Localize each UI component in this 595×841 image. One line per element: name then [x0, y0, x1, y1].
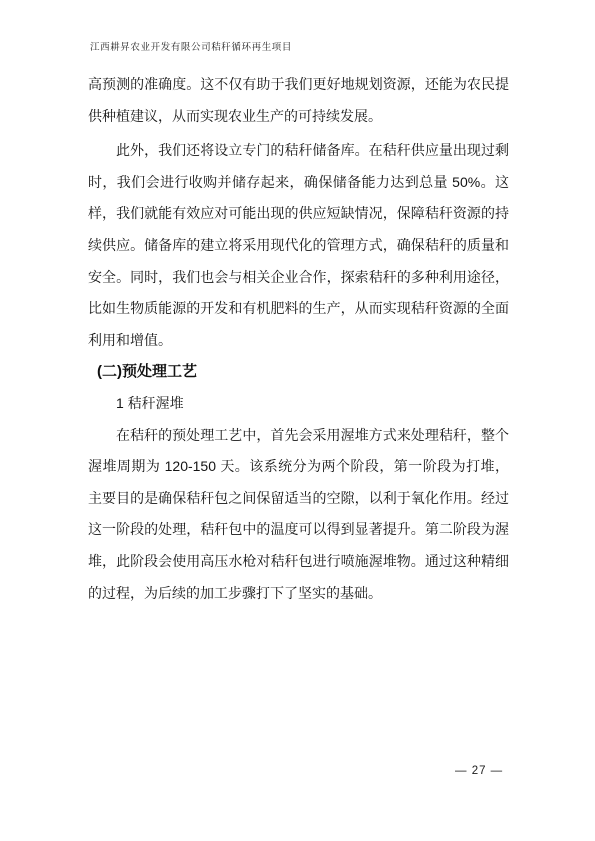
section-heading-pretreatment: (二)预处理工艺 — [88, 356, 509, 388]
paragraph-composting-process: 在秸秆的预处理工艺中，首先会采用渥堆方式来处理秸秆，整个渥堆周期为 120-15… — [88, 420, 509, 610]
page-number: — 27 — — [455, 765, 503, 777]
sub-heading-straw-composting: 1 秸秆渥堆 — [88, 388, 509, 420]
document-page: 江西耕昇农业开发有限公司秸秆循环再生项目 高预测的准确度。这不仅有助于我们更好地… — [0, 0, 595, 841]
page-footer: — 27 — — [455, 765, 503, 777]
paragraph-straw-reserve: 此外，我们还将设立专门的秸秆储备库。在秸秆供应量出现过剩时，我们会进行收购并储存… — [88, 135, 509, 356]
document-body: 高预测的准确度。这不仅有助于我们更好地规划资源，还能为农民提供种植建议，从而实现… — [88, 69, 509, 609]
paragraph-continuation: 高预测的准确度。这不仅有助于我们更好地规划资源，还能为农民提供种植建议，从而实现… — [88, 69, 509, 132]
page-header: 江西耕昇农业开发有限公司秸秆循环再生项目 — [90, 39, 292, 53]
header-title: 江西耕昇农业开发有限公司秸秆循环再生项目 — [90, 42, 292, 53]
